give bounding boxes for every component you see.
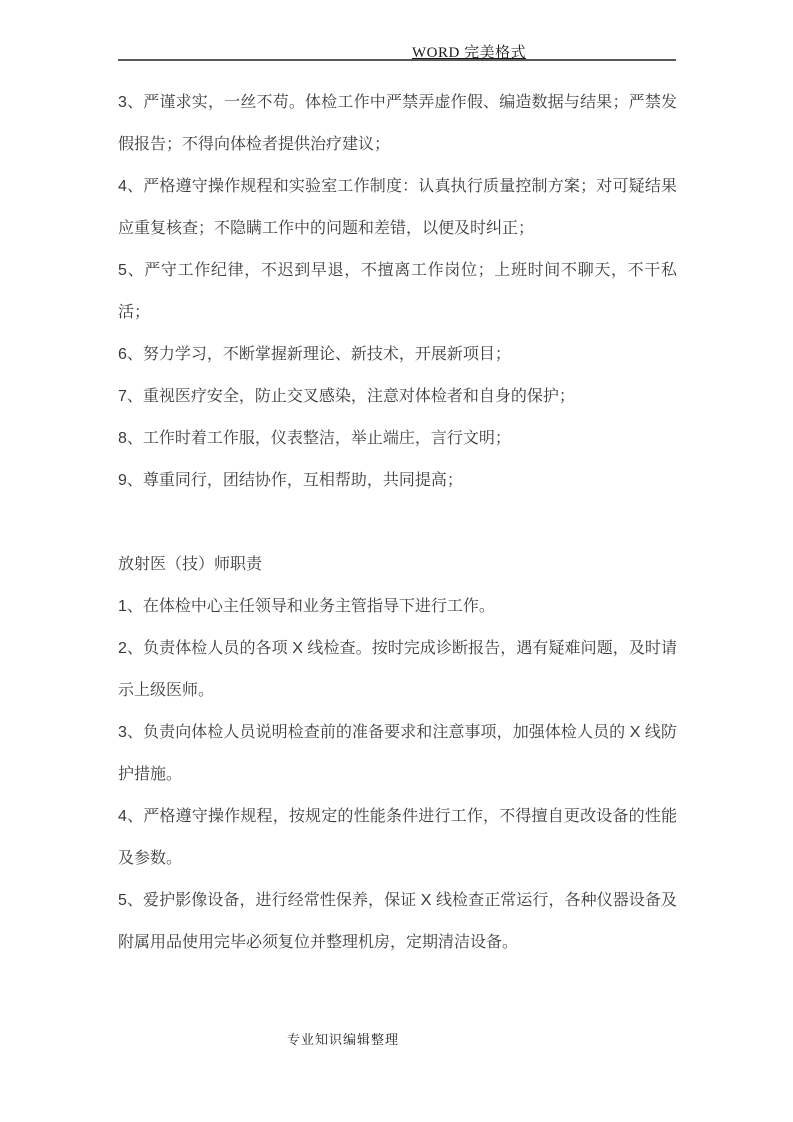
paragraph-duty-3: 3、负责向体检人员说明检查前的准备要求和注意事项，加强体检人员的 X 线防护措施… — [118, 712, 677, 796]
paragraph-duty-4: 4、严格遵守操作规程，按规定的性能条件进行工作，不得擅自更改设备的性能及参数。 — [118, 796, 677, 880]
paragraph-item-6: 6、努力学习，不断掌握新理论、新技术，开展新项目； — [118, 334, 677, 376]
paragraph-item-8: 8、工作时着工作服，仪表整洁，举止端庄，言行文明； — [118, 418, 677, 460]
paragraph-item-7: 7、重视医疗安全，防止交叉感染，注意对体检者和自身的保护； — [118, 376, 677, 418]
document-page: WORD 完美格式 3、严谨求实，一丝不苟。体检工作中严禁弄虚作假、编造数据与结… — [0, 0, 793, 1122]
blank-line — [118, 502, 677, 544]
paragraph-item-3: 3、严谨求实，一丝不苟。体检工作中严禁弄虚作假、编造数据与结果；严禁发假报告；不… — [118, 82, 677, 166]
paragraph-item-5: 5、严守工作纪律，不迟到早退，不擅离工作岗位；上班时间不聊天，不干私活； — [118, 250, 677, 334]
header-rule — [118, 59, 676, 61]
document-body: 3、严谨求实，一丝不苟。体检工作中严禁弄虚作假、编造数据与结果；严禁发假报告；不… — [118, 82, 677, 964]
paragraph-duty-5: 5、爱护影像设备，进行经常性保养，保证 X 线检查正常运行，各种仪器设备及附属用… — [118, 880, 677, 964]
paragraph-item-4: 4、严格遵守操作规程和实验室工作制度：认真执行质量控制方案；对可疑结果应重复核查… — [118, 166, 677, 250]
paragraph-item-9: 9、尊重同行，团结协作，互相帮助，共同提高； — [118, 460, 677, 502]
section-heading: 放射医（技）师职责 — [118, 544, 677, 586]
paragraph-duty-1: 1、在体检中心主任领导和业务主管指导下进行工作。 — [118, 586, 677, 628]
page-footer-label: 专业知识编辑整理 — [287, 1029, 399, 1048]
paragraph-duty-2: 2、负责体检人员的各项 X 线检查。按时完成诊断报告，遇有疑难问题，及时请示上级… — [118, 628, 677, 712]
